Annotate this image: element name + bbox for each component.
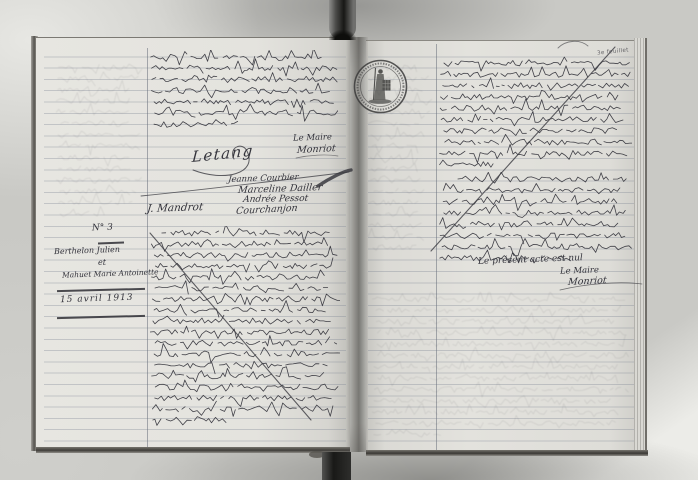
margin-conjunction: et: [98, 259, 106, 267]
handwriting-strokes: [439, 56, 632, 177]
witness-signature: J. Mandrot: [146, 202, 203, 215]
bleed-through-right-lower: [372, 292, 630, 448]
bleed-through-left-margin: [56, 60, 144, 230]
handwriting-strokes: [56, 60, 144, 227]
register-book-scan: 3e feuillet Le Maire Monriot Letang Jean…: [0, 0, 698, 480]
handwriting-strokes: [372, 292, 630, 447]
handwriting-path: [368, 62, 432, 250]
book-clamp-rod-bottom-icon: [322, 452, 351, 480]
handwriting-strokes: [150, 226, 340, 432]
bleed-through-right-margin: [368, 60, 432, 264]
handwriting-strokes: [150, 50, 338, 137]
handwriting-strokes: [368, 60, 432, 261]
handwriting-path: [56, 64, 142, 217]
handwriting-path: [372, 292, 628, 437]
left-page-top-paragraph: [150, 50, 338, 138]
right-page-paragraph-1: [439, 56, 632, 176]
left-page-marriage-act-paragraph: [150, 226, 340, 436]
right-maire-signature: Monriot: [568, 276, 607, 288]
handwriting-path: [150, 226, 340, 425]
right-page-bottom-edge: [366, 450, 648, 456]
book-clamp-rod-top-icon: [329, 0, 356, 40]
margin-act-number: N° 3: [92, 224, 113, 234]
left-maire-label: Le Maire: [293, 133, 332, 143]
handwriting-path: [440, 172, 632, 263]
left-maire-signature: Monriot: [297, 144, 336, 156]
handwriting-path: [151, 50, 338, 127]
margin-rule-left: [147, 48, 148, 447]
page-stack-edge: [634, 38, 647, 453]
handwriting-path: [440, 57, 632, 167]
